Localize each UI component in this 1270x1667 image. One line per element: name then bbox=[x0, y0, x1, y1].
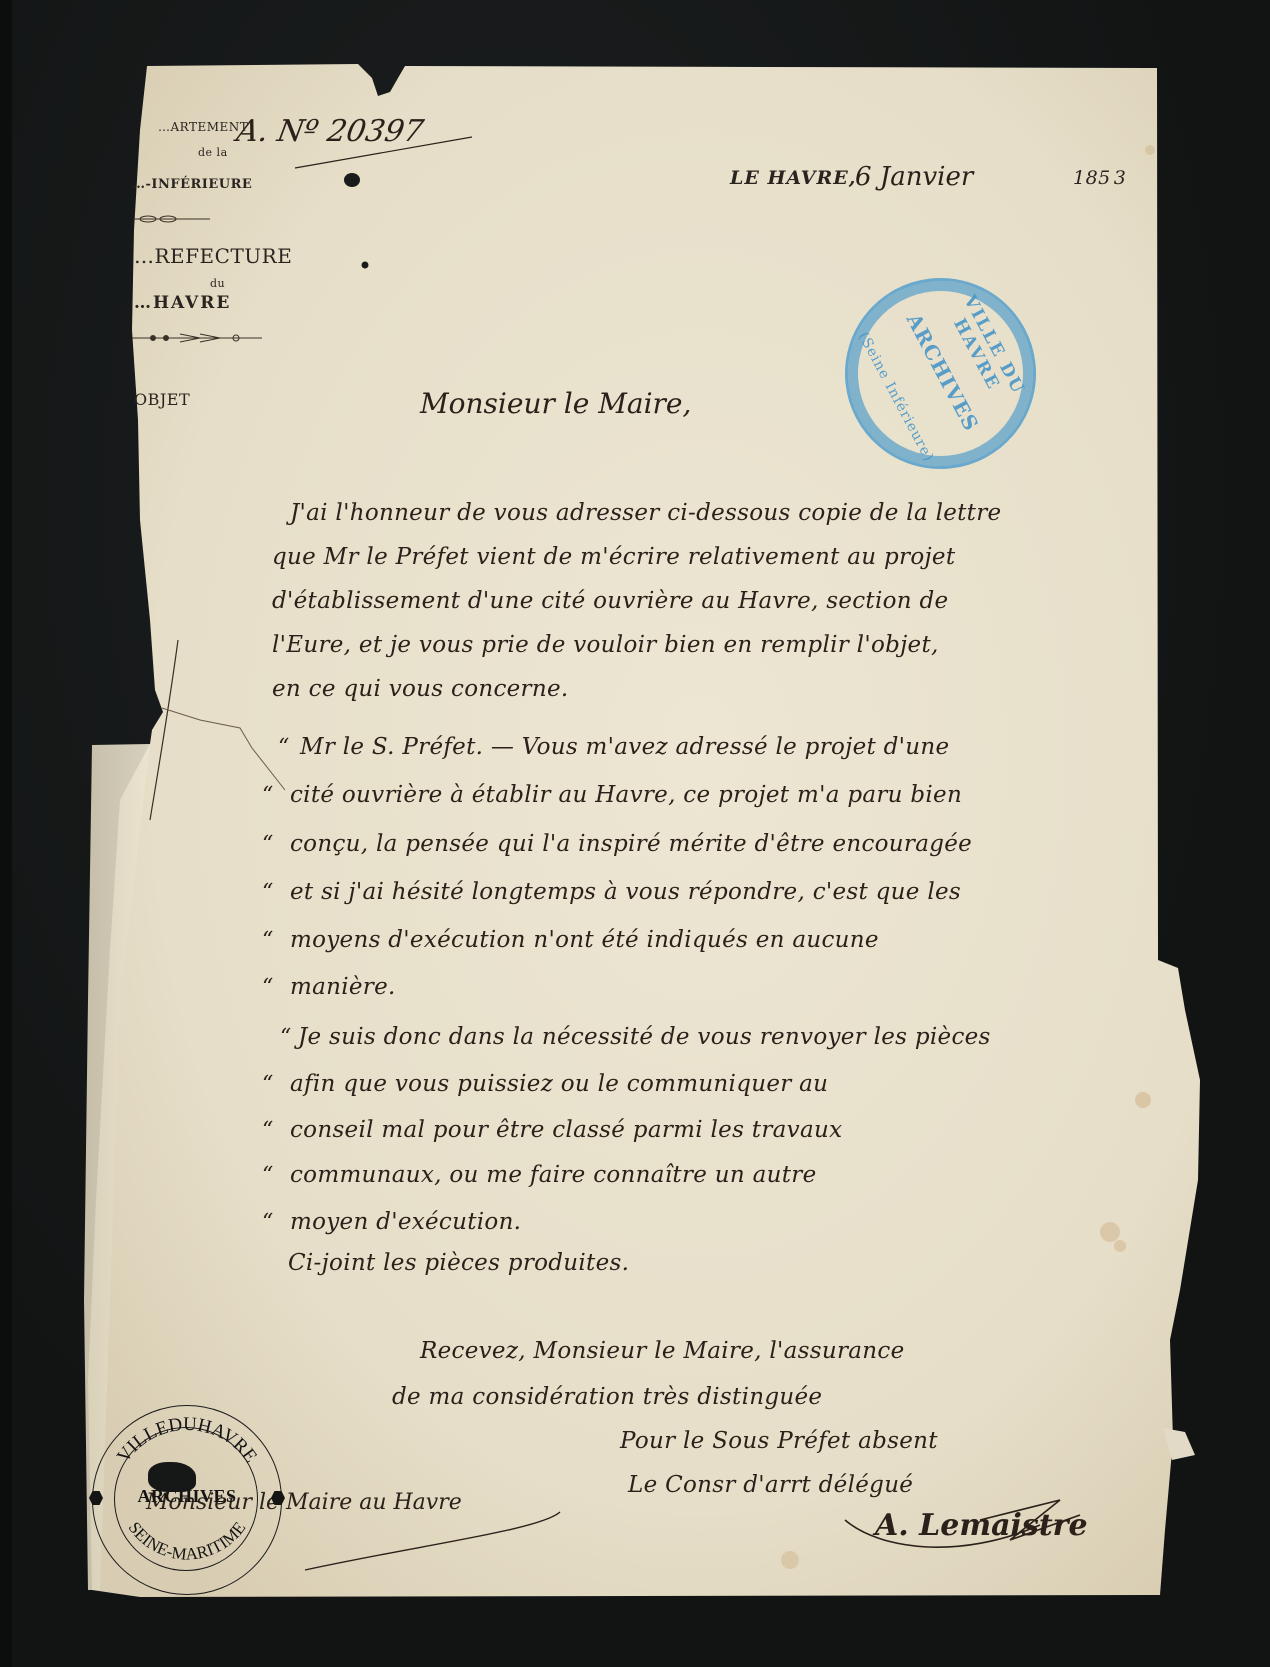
quote-mark: “ bbox=[262, 1118, 273, 1143]
quote-mark: “ bbox=[262, 928, 273, 953]
quoted-line: cité ouvrière à établir au Havre, ce pro… bbox=[290, 782, 962, 808]
signoff-line: Le Consr d'arrt délégué bbox=[628, 1472, 913, 1498]
svg-text:SEINE-MARITIME: SEINE-MARITIME bbox=[125, 1518, 250, 1563]
archives-stamp-black: VILLEDUHAVRE SEINE-MARITIME ARCHIVES bbox=[92, 1405, 282, 1595]
paragraph-1-line: que Mr le Préfet vient de m'écrire relat… bbox=[272, 544, 955, 570]
quoted-line: manière. bbox=[290, 974, 396, 1000]
quote-mark: “ bbox=[262, 783, 273, 808]
letterhead-region: …-INFÉRIEURE bbox=[132, 177, 252, 192]
quoted-line: conseil mal pour être classé parmi les t… bbox=[290, 1117, 842, 1143]
dateline-day-month: 6 Janvier bbox=[855, 162, 973, 192]
svg-text:VILLEDUHAVRE: VILLEDUHAVRE bbox=[113, 1414, 261, 1467]
closing-line: Recevez, Monsieur le Maire, l'assurance bbox=[420, 1338, 905, 1364]
quoted-line: moyens d'exécution n'ont été indiqués en… bbox=[290, 927, 879, 953]
reference-number: A. Nº 20397 bbox=[234, 114, 426, 149]
signoff-line: Pour le Sous Préfet absent bbox=[620, 1428, 938, 1454]
quote-mark: “ bbox=[262, 1163, 273, 1188]
paragraph-1-line: d'établissement d'une cité ouvrière au H… bbox=[272, 588, 948, 614]
enclosure-note: Ci-joint les pièces produites. bbox=[288, 1250, 629, 1276]
letterhead-departement: …ARTEMENT bbox=[158, 120, 248, 134]
paragraph-1-line: l'Eure, et je vous prie de vouloir bien … bbox=[272, 632, 939, 658]
archives-stamp-blue: VILLE DU HAVRE ARCHIVES (Seine Inférieur… bbox=[811, 244, 1069, 502]
paper-hole bbox=[148, 1462, 196, 1492]
paragraph-1-line: J'ai l'honneur de vous adresser ci-desso… bbox=[290, 500, 1001, 526]
letterhead-de-la: de la bbox=[198, 146, 228, 159]
signature: A. Lemaistre bbox=[875, 1508, 1088, 1543]
quoted-line: et si j'ai hésité longtemps à vous répon… bbox=[290, 879, 961, 905]
dateline-year-prefix: 185 bbox=[1073, 167, 1111, 189]
quoted-line: Je suis donc dans la nécessité de vous r… bbox=[298, 1024, 991, 1050]
salutation: Monsieur le Maire, bbox=[420, 387, 691, 420]
letterhead-objet: OBJET bbox=[134, 390, 190, 409]
quoted-line: communaux, ou me faire connaître un autr… bbox=[290, 1162, 817, 1188]
quote-mark: “ bbox=[280, 1025, 291, 1050]
paragraph-1-line: en ce qui vous concerne. bbox=[272, 676, 568, 702]
dateline-city: LE HAVRE, bbox=[730, 167, 856, 189]
letterhead-sous-prefecture: …REFECTURE bbox=[134, 244, 292, 268]
dateline-year: 1853 bbox=[1073, 167, 1126, 189]
quote-mark: “ bbox=[262, 1210, 273, 1235]
dateline-year-suffix: 3 bbox=[1114, 167, 1127, 189]
quote-mark: “ bbox=[262, 880, 273, 905]
quote-mark: “ bbox=[278, 735, 289, 760]
letterhead-city: …HAVRE bbox=[134, 293, 231, 313]
quote-mark: “ bbox=[262, 1072, 273, 1097]
quote-mark: “ bbox=[262, 975, 273, 1000]
document-content: …ARTEMENT de la …-INFÉRIEURE …REFECTURE … bbox=[0, 0, 1270, 1667]
quoted-line: Mr le S. Préfet. — Vous m'avez adressé l… bbox=[300, 734, 949, 760]
quoted-line: moyen d'exécution. bbox=[290, 1209, 521, 1235]
quoted-line: conçu, la pensée qui l'a inspiré mérite … bbox=[290, 831, 972, 857]
closing-line: de ma considération très distinguée bbox=[392, 1384, 822, 1410]
quoted-line: afin que vous puissiez ou le communiquer… bbox=[290, 1071, 828, 1097]
quote-mark: “ bbox=[262, 832, 273, 857]
letterhead-du: du bbox=[210, 277, 225, 290]
